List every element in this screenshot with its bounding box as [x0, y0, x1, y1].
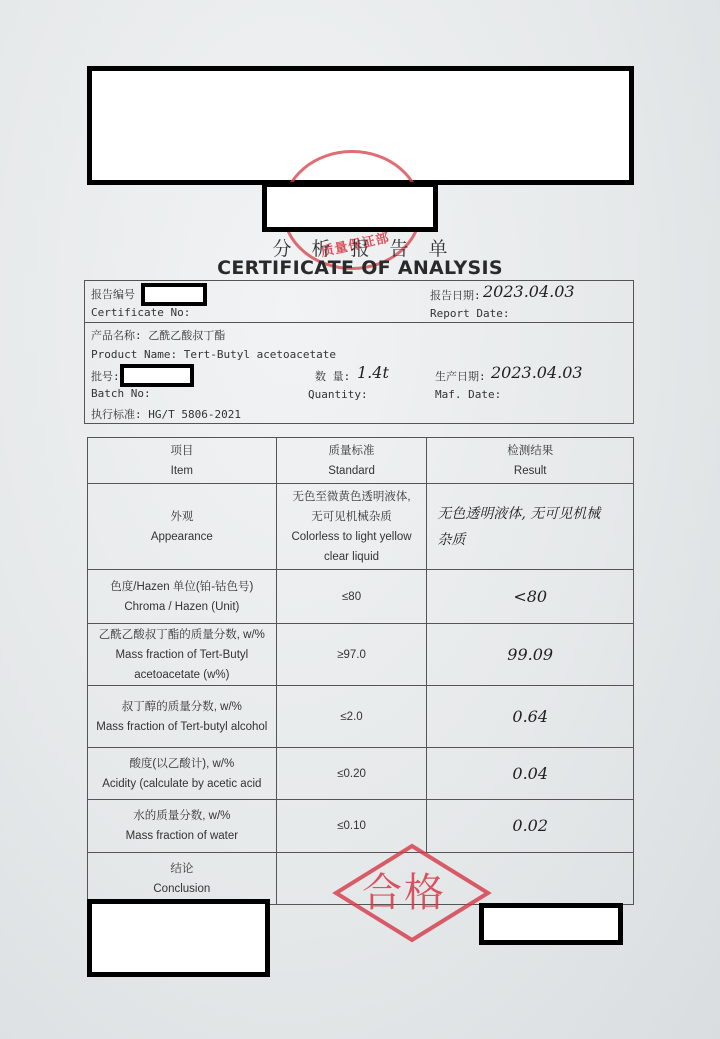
item-cell: 色度/Hazen 单位(铂-钴色号)Chroma / Hazen (Unit) [88, 570, 277, 624]
mfg-date-label-en: Maf. Date: [435, 388, 501, 401]
report-date-label-cn: 报告日期: [430, 287, 481, 303]
redacted-signature-right [479, 903, 623, 945]
quantity-label-en: Quantity: [308, 388, 368, 401]
table-header-row: 项目Item 质量标准Standard 检测结果Result [88, 438, 634, 484]
item-cell: 乙酰乙酸叔丁酯的质量分数, w/%Mass fraction of Tert-B… [88, 624, 277, 686]
result-cell: 0.04 [427, 748, 634, 800]
standard-value: HG/T 5806-2021 [148, 408, 241, 421]
conclusion-label: 结论Conclusion [88, 853, 277, 905]
mfg-date-label-cn: 生产日期: [435, 368, 486, 384]
quantity-value: 1.4t [357, 363, 389, 382]
product-name-value-cn: 乙酰乙酸叔丁酯 [148, 329, 225, 342]
certificate-no-label-en: Certificate No: [91, 306, 190, 319]
standard-cell: ≥97.0 [276, 624, 427, 686]
batch-no-label-cn: 批号: [91, 368, 120, 384]
table-row: 酸度(以乙酸计), w/%Acidity (calculate by aceti… [88, 748, 634, 800]
batch-no-label-en: Batch No: [91, 387, 151, 400]
product-name-value-en: Tert-Butyl acetoacetate [184, 348, 336, 361]
report-date-label-en: Report Date: [430, 307, 509, 320]
mfg-date-value: 2023.04.03 [491, 363, 583, 382]
product-name-label-cn: 产品名称: 乙酰乙酸叔丁酯 [91, 327, 225, 343]
info-divider [85, 322, 633, 323]
standard-cell: 无色至微黄色透明液体,无可见机械杂质Colorless to light yel… [276, 484, 427, 570]
certificate-no-label-cn: 报告编号 [91, 286, 135, 302]
column-header-standard: 质量标准Standard [276, 438, 427, 484]
item-cell: 外观Appearance [88, 484, 277, 570]
item-cell: 水的质量分数, w/%Mass fraction of water [88, 800, 277, 853]
item-cell: 酸度(以乙酸计), w/%Acidity (calculate by aceti… [88, 748, 277, 800]
standard-label: 执行标准: HG/T 5806-2021 [91, 406, 241, 422]
report-date-value: 2023.04.03 [483, 282, 575, 301]
result-cell: 0.64 [427, 686, 634, 748]
column-header-item: 项目Item [88, 438, 277, 484]
redacted-company-subtitle [262, 182, 438, 232]
item-cell: 叔丁醇的质量分数, w/%Mass fraction of Tert-butyl… [88, 686, 277, 748]
standard-cell: ≤2.0 [276, 686, 427, 748]
pass-stamp-text: 合格 [362, 861, 446, 918]
certificate-info-box: 报告编号 Certificate No: 报告日期: 2023.04.03 Re… [84, 280, 634, 424]
column-header-result: 检测结果Result [427, 438, 634, 484]
quantity-label-cn: 数 量: [315, 368, 350, 384]
table-row: 叔丁醇的质量分数, w/%Mass fraction of Tert-butyl… [88, 686, 634, 748]
redacted-batch-no [120, 364, 194, 387]
product-name-label-en: Product Name: Tert-Butyl acetoacetate [91, 348, 336, 361]
document-title-en: CERTIFICATE OF ANALYSIS [0, 257, 720, 279]
result-cell: <80 [427, 570, 634, 624]
redacted-certificate-no [141, 283, 207, 306]
standard-cell: ≤0.20 [276, 748, 427, 800]
result-cell: 99.09 [427, 624, 634, 686]
table-row: 外观Appearance 无色至微黄色透明液体,无可见机械杂质Colorless… [88, 484, 634, 570]
table-row: 色度/Hazen 单位(铂-钴色号)Chroma / Hazen (Unit) … [88, 570, 634, 624]
redacted-company-header [87, 66, 634, 185]
redacted-signature-left [87, 899, 270, 977]
table-row: 乙酰乙酸叔丁酯的质量分数, w/%Mass fraction of Tert-B… [88, 624, 634, 686]
standard-cell: ≤80 [276, 570, 427, 624]
result-cell: 无色透明液体, 无可见机械杂质 [427, 484, 634, 570]
analysis-table: 项目Item 质量标准Standard 检测结果Result 外观Appeara… [87, 437, 634, 905]
